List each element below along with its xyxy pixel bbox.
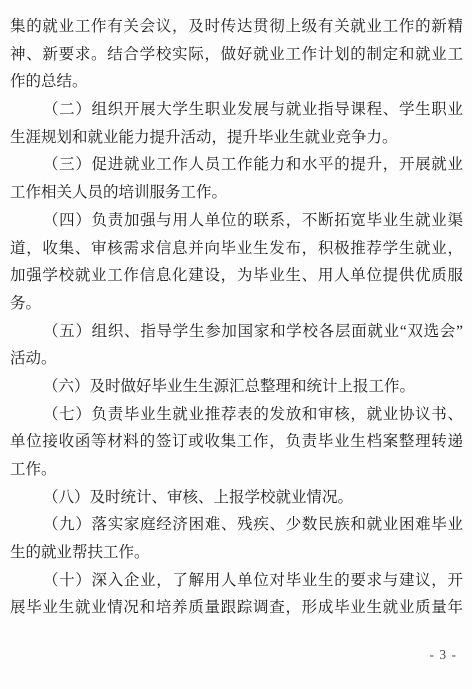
text-line: （三）促进就业工作人员工作能力和水平的提升，开展就业 bbox=[10, 151, 463, 179]
text-line: （七）负责毕业生就业推荐表的发放和审核，就业协议书、 bbox=[10, 401, 463, 429]
text-line: 生涯规划和就业能力提升活动，提升毕业生就业竞争力。 bbox=[10, 124, 463, 152]
text-line: 活动。 bbox=[10, 345, 463, 373]
document-page: 集的就业工作有关会议，及时传达贯彻上级有关就业工作的新精神、新要求。结合学校实际… bbox=[0, 0, 472, 689]
text-line: 工作。 bbox=[10, 456, 463, 484]
text-line: （十）深入企业，了解用人单位对毕业生的要求与建议，开 bbox=[10, 567, 463, 595]
text-line: 作的总结。 bbox=[10, 68, 463, 96]
text-line: 神、新要求。结合学校实际，做好就业工作计划的制定和就业工 bbox=[10, 41, 463, 69]
text-line: 务。 bbox=[10, 290, 463, 318]
text-line: 展毕业生就业情况和培养质量跟踪调查，形成毕业生就业质量年 bbox=[10, 594, 463, 622]
text-line: （六）及时做好毕业生生源汇总整理和统计上报工作。 bbox=[10, 373, 463, 401]
page-number: - 3 - bbox=[0, 647, 457, 663]
text-line: （八）及时统计、审核、上报学校就业情况。 bbox=[10, 484, 463, 512]
text-line: 生的就业帮扶工作。 bbox=[10, 539, 463, 567]
text-line: 单位接收函等材料的签订或收集工作，负责毕业生档案整理转递 bbox=[10, 428, 463, 456]
text-line: 加强学校就业工作信息化建设，为毕业生、用人单位提供优质服 bbox=[10, 262, 463, 290]
text-line: （二）组织开展大学生职业发展与就业指导课程、学生职业 bbox=[10, 96, 463, 124]
document-body: 集的就业工作有关会议，及时传达贯彻上级有关就业工作的新精神、新要求。结合学校实际… bbox=[10, 13, 463, 622]
text-line: 集的就业工作有关会议，及时传达贯彻上级有关就业工作的新精 bbox=[10, 13, 463, 41]
text-line: 工作相关人员的培训服务工作。 bbox=[10, 179, 463, 207]
text-line: （九）落实家庭经济困难、残疾、少数民族和就业困难毕业 bbox=[10, 511, 463, 539]
text-line: （五）组织、指导学生参加国家和学校各层面就业“双选会” bbox=[10, 318, 463, 346]
text-line: （四）负责加强与用人单位的联系，不断拓宽毕业生就业渠 bbox=[10, 207, 463, 235]
text-line: 道，收集、审核需求信息并向毕业生发布，积极推荐学生就业， bbox=[10, 235, 463, 263]
